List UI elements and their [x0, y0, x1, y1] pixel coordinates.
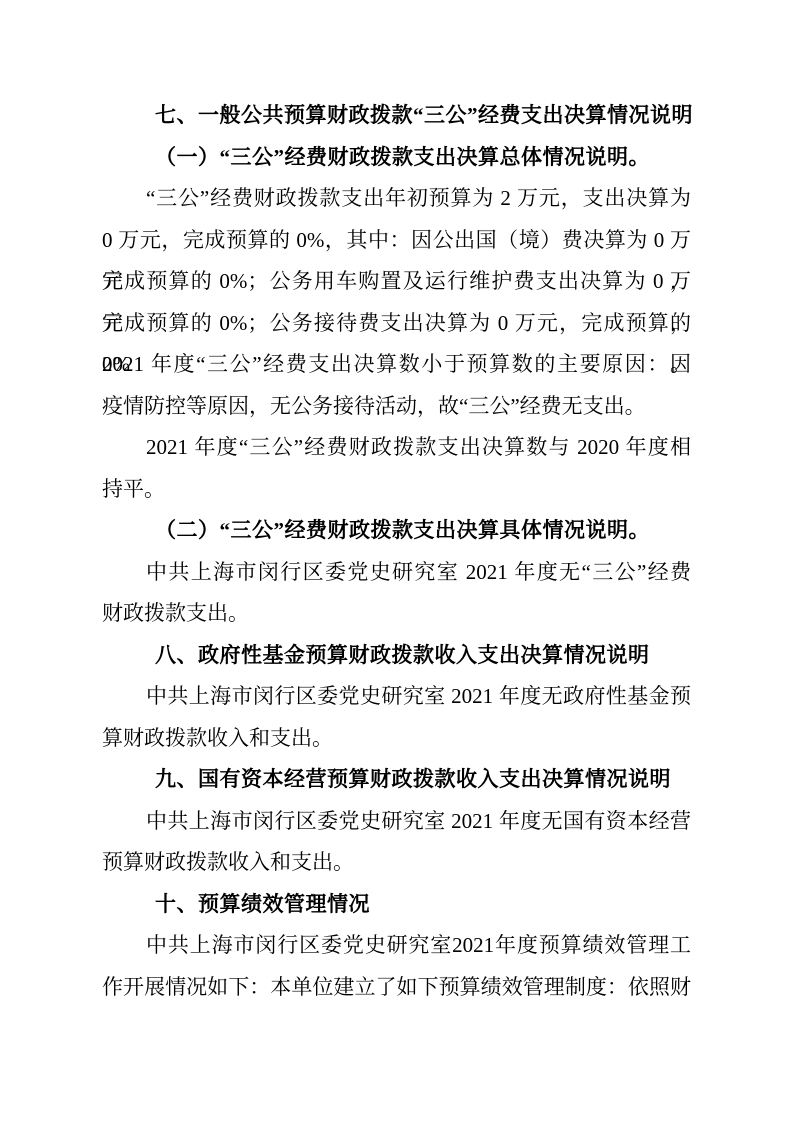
paragraph-line: 2021 年度“三公”经费财政拨款支出决算数与 2020 年度相 [102, 427, 691, 469]
paragraph-line: “三公”经费财政拨款支出年初预算为 2 万元，支出决算为 [102, 178, 691, 220]
paragraph-line: 完成预算的 0%；公务用车购置及运行维护费支出决算为 0 万元， [102, 261, 691, 303]
paragraph: 中共上海市闵行区委党史研究室 2021 年度无“三公”经费财政拨款支出。 [102, 552, 691, 635]
paragraph-line: 中共上海市闵行区委党史研究室 2021 年度无国有资本经营 [102, 801, 691, 843]
document-body: 七、一般公共预算财政拨款“三公”经费支出决算情况说明（一）“三公”经费财政拨款支… [102, 95, 691, 1008]
paragraph-line: 0 万元，完成预算的 0%，其中：因公出国（境）费决算为 0 万元， [102, 220, 691, 262]
section-heading: 八、政府性基金预算财政拨款收入支出决算情况说明 [102, 635, 691, 677]
paragraph: 2021 年度“三公”经费财政拨款支出决算数与 2020 年度相持平。 [102, 427, 691, 510]
paragraph-line: 中共上海市闵行区委党史研究室 2021 年度无“三公”经费 [102, 552, 691, 594]
paragraph-line: 财政拨款支出。 [102, 593, 691, 635]
section-heading: 七、一般公共预算财政拨款“三公”经费支出决算情况说明 [102, 95, 691, 137]
paragraph-line: 疫情防控等原因，无公务接待活动，故“三公”经费无支出。 [102, 386, 691, 428]
section-heading: 十、预算绩效管理情况 [102, 884, 691, 926]
section-heading: （一）“三公”经费财政拨款支出决算总体情况说明。 [102, 137, 691, 179]
paragraph: 中共上海市闵行区委党史研究室2021年度预算绩效管理工作开展情况如下：本单位建立… [102, 925, 691, 1008]
section-heading: （二）“三公”经费财政拨款支出决算具体情况说明。 [102, 510, 691, 552]
paragraph-line: 作开展情况如下：本单位建立了如下预算绩效管理制度：依照财 [102, 967, 691, 1009]
paragraph-line: 预算财政拨款收入和支出。 [102, 842, 691, 884]
paragraph-line: 2021 年度“三公”经费支出决算数小于预算数的主要原因：因 [102, 344, 691, 386]
paragraph: “三公”经费财政拨款支出年初预算为 2 万元，支出决算为0 万元，完成预算的 0… [102, 178, 691, 427]
paragraph: 中共上海市闵行区委党史研究室 2021 年度无国有资本经营预算财政拨款收入和支出… [102, 801, 691, 884]
paragraph-line: 持平。 [102, 469, 691, 511]
paragraph: 中共上海市闵行区委党史研究室 2021 年度无政府性基金预算财政拨款收入和支出。 [102, 676, 691, 759]
document-page: 七、一般公共预算财政拨款“三公”经费支出决算情况说明（一）“三公”经费财政拨款支… [0, 0, 793, 1122]
section-heading: 九、国有资本经营预算财政拨款收入支出决算情况说明 [102, 759, 691, 801]
paragraph-line: 完成预算的 0%；公务接待费支出决算为 0 万元，完成预算的 0%。 [102, 303, 691, 345]
paragraph-line: 算财政拨款收入和支出。 [102, 718, 691, 760]
paragraph-line: 中共上海市闵行区委党史研究室 2021 年度无政府性基金预 [102, 676, 691, 718]
paragraph-line: 中共上海市闵行区委党史研究室2021年度预算绩效管理工 [102, 925, 691, 967]
